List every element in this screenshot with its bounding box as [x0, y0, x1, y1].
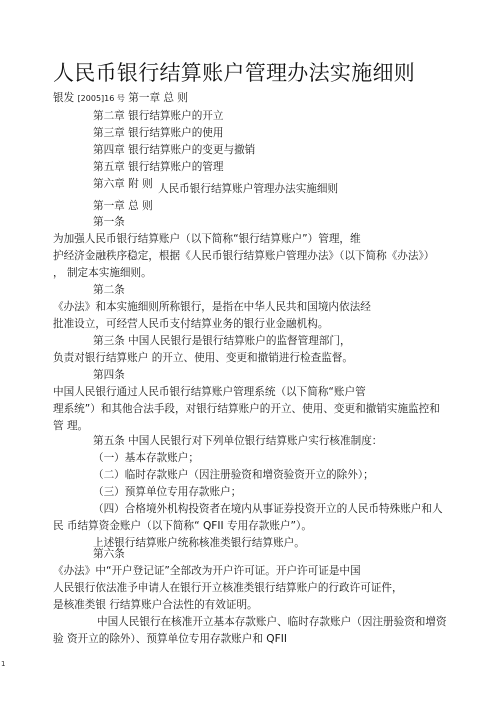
paragraph-line: 批准设立，可经营人民币支付结算业务的银行业金融机构。 [53, 317, 328, 332]
doc-number-line: 银发 [2005]16 号 第一章 总 则 [53, 91, 188, 106]
section-title: 人民币银行结算账户管理办法实施细则 [158, 182, 338, 197]
article-heading: 第二条 [93, 283, 125, 298]
paragraph-line: 民 币结算资金账户（以下简称“ QFII 专用存款账户”）。 [53, 519, 312, 534]
toc-item: 第二章 银行结算账户的开立 [93, 109, 224, 124]
toc-item: 第四章 银行结算账户的变更与撤销 [93, 143, 255, 158]
paragraph-line: 人民银行依法准予申请人在银行开立核准类银行结算账户的行政许可证件， [53, 581, 403, 596]
list-item: （四）合格境外机构投资者在境内从事证券投资开立的人民币特殊账户和人 [93, 502, 443, 517]
doc-number-prefix: 银发 [53, 92, 74, 104]
paragraph-line: 负责对银行结算账户 的开立、使用、变更和撤销进行检查监督。 [53, 351, 353, 366]
paragraph-line: 第三条 中国人民银行是银行结算账户的监督管理部门， [93, 334, 351, 349]
list-item: （三）预算单位专用存款账户； [93, 485, 241, 500]
paragraph-line: 中国人民银行通过人民币银行结算账户管理系统（以下简称“账户管 [53, 385, 366, 400]
list-item: （一）基本存款账户； [93, 451, 199, 466]
list-item: （二）临时存款账户（因注册验资和增资验资开立的除外）； [93, 468, 374, 483]
paragraph-line: 是核准类银 行结算账户合法性的有效证明。 [53, 598, 258, 613]
doc-number: [2005]16 号 [78, 94, 125, 103]
toc-item: 第六章 附 则 [93, 177, 153, 192]
article-heading: 第一条 [93, 215, 125, 230]
toc-item: 第一章 总 则 [128, 92, 188, 104]
paragraph-line: 《办法》中“开户登记证”全部改为开户许可证。开户许可证是中国 [53, 564, 361, 579]
toc-item: 第五章 银行结算账户的管理 [93, 160, 224, 175]
document-title: 人民币银行结算账户管理办法实施细则 [53, 60, 415, 86]
paragraph-line: 理系统”）和其他合法手段，对银行结算账户的开立、使用、变更和撤销实施监控和 [53, 402, 440, 417]
paragraph-line: 护经济金融秩序稳定，根据《人民币银行结算账户管理办法》（以下简称《办法》） [53, 249, 434, 264]
toc-item: 第三章 银行结算账户的使用 [93, 126, 224, 141]
paragraph-line: 《办法》和本实施细则所称银行，是指在中华人民共和国境内依法经 [53, 300, 371, 315]
paragraph-line: ， 制定本实施细则。 [53, 266, 152, 281]
paragraph-line: 中国人民银行在核准开立基本存款账户、临时存款账户（因注册验资和增资 [97, 615, 447, 630]
page-number: 1 [1, 660, 5, 668]
paragraph-line: 第五条 中国人民银行对下列单位银行结算账户实行核准制度： [93, 434, 382, 449]
paragraph-line: 管 理。 [53, 419, 88, 434]
paragraph-line: 为加强人民币银行结算账户（以下简称“银行结算账户”）管理，维 [53, 232, 361, 247]
document-page: 人民币银行结算账户管理办法实施细则 银发 [2005]16 号 第一章 总 则 … [0, 0, 500, 708]
article-heading: 第四条 [93, 368, 125, 383]
chapter-heading: 第一章 总 则 [93, 199, 153, 214]
paragraph-line: 验 资开立的除外）、预算单位专用存款账户和 QFII [53, 632, 287, 647]
article-heading: 第六条 [93, 547, 125, 562]
